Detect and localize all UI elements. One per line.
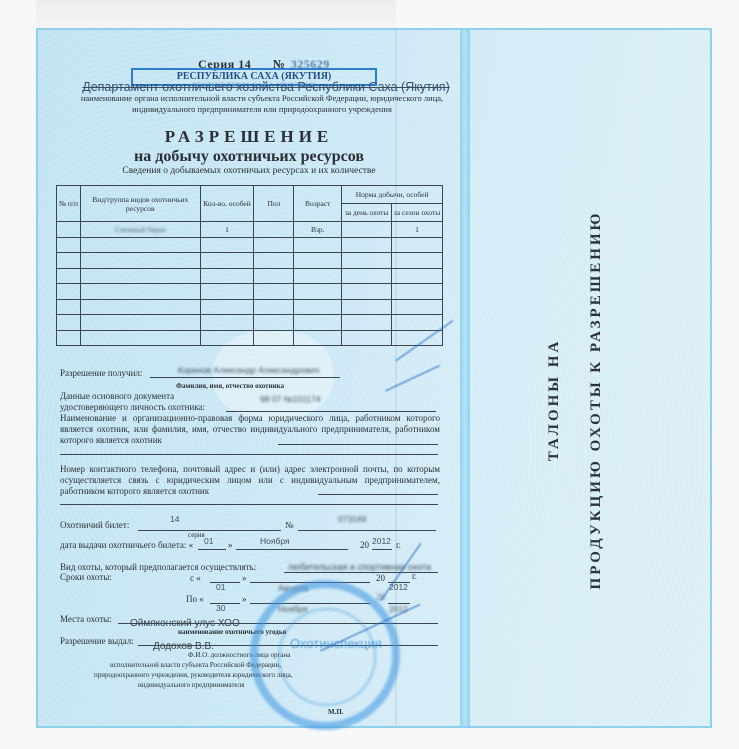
cell-count: 1 [200, 222, 254, 238]
header-sex: Пол [254, 186, 294, 222]
table-row [57, 315, 443, 331]
from-prefix: с « [190, 573, 201, 584]
document-subtitle: на добычу охотничьих ресурсов [38, 148, 460, 166]
cell-per-season [392, 315, 443, 331]
header-num: № п/п [57, 186, 81, 222]
cell-per-season [392, 253, 443, 269]
cell-sex [254, 330, 294, 346]
table-row [57, 299, 443, 315]
header-per-season: за сезон охоты [392, 204, 443, 222]
permit-page: Серия 14 № 325629 РЕСПУБЛИКА САХА (ЯКУТИ… [38, 30, 460, 726]
period-label: Сроки охоты: [60, 572, 112, 583]
cell-species [80, 315, 200, 331]
from-day: 01 [216, 582, 225, 592]
hunt-type-value: любительская и спортивная охота [288, 562, 431, 572]
header-count: Кол-во, особей [200, 186, 254, 222]
holder-name-caption: Фамилия, имя, отчество охотника [176, 382, 284, 390]
issue-month: Ноября [260, 536, 290, 546]
to-prefix: По « [186, 594, 204, 605]
employer-paragraph: Наименование и организационно-правовая ф… [60, 413, 440, 446]
quote: » [242, 573, 247, 584]
cell-per-season [392, 237, 443, 253]
cell-count [200, 299, 254, 315]
cell-per-day [342, 237, 392, 253]
cell-per-day [342, 222, 392, 238]
official-seal [250, 580, 400, 730]
header-species: Вид/группа видов охотничьих ресурсов [80, 186, 200, 222]
to-day: 30 [216, 603, 225, 613]
cell-num [57, 268, 81, 284]
cell-count [200, 237, 254, 253]
cell-count [200, 330, 254, 346]
cell-age [294, 299, 342, 315]
table-row [57, 237, 443, 253]
ticket-series: 14 [170, 514, 179, 524]
cell-sex [254, 299, 294, 315]
cell-species [80, 299, 200, 315]
cell-count [200, 284, 254, 300]
cell-per-day [342, 299, 392, 315]
year-prefix: 20 [360, 540, 369, 551]
cell-per-season: 1 [392, 222, 443, 238]
id-doc-label: удостоверяющего личность охотника: [60, 402, 205, 413]
header-norm: Норма добычи, особей [342, 186, 443, 204]
year-suffix: г. [412, 571, 417, 582]
cell-per-day [342, 253, 392, 269]
cell-num [57, 222, 81, 238]
coupons-title-line-2: ПРОДУКЦИЮ ОХОТЫ К РАЗРЕШЕНИЮ [582, 180, 610, 620]
issue-year: 2012 [372, 536, 391, 546]
security-strip [460, 30, 470, 726]
cell-num [57, 315, 81, 331]
issue-date-label: дата выдачи охотничьего билета: « [60, 540, 193, 551]
cell-num [57, 284, 81, 300]
cell-num [57, 237, 81, 253]
cell-age [294, 330, 342, 346]
ticket-series-caption: серия [188, 531, 205, 539]
cell-sex [254, 284, 294, 300]
cell-per-day [342, 268, 392, 284]
id-doc-value: 98 07 №101174 [260, 394, 320, 404]
cell-age: Взр. [294, 222, 342, 238]
cell-age [294, 237, 342, 253]
cell-per-day [342, 330, 392, 346]
cell-count [200, 268, 254, 284]
received-label: Разрешение получил: [60, 368, 142, 379]
year-suffix: г. [396, 540, 401, 551]
holder-name: Коренов Александр Александрович [178, 365, 319, 375]
cell-per-day [342, 315, 392, 331]
issuer-label: Разрешение выдал: [60, 636, 134, 647]
table-caption: Сведения о добываемых охотничьих ресурса… [38, 166, 460, 176]
cell-per-day [342, 284, 392, 300]
cell-age [294, 253, 342, 269]
cell-sex [254, 315, 294, 331]
table-row [57, 253, 443, 269]
coupons-title: ТАЛОНЫ НА ПРОДУКЦИЮ ОХОТЫ К РАЗРЕШЕНИЮ [540, 180, 610, 620]
ticket-number: 073169 [338, 514, 366, 524]
resources-table: № п/п Вид/группа видов охотничьих ресурс… [56, 185, 443, 346]
quote: » [242, 594, 247, 605]
cell-count [200, 253, 254, 269]
cell-species [80, 253, 200, 269]
quote: » [228, 540, 233, 551]
department-caption-line: наименование органа исполнительной власт… [62, 93, 462, 104]
table-row [57, 268, 443, 284]
cell-num [57, 253, 81, 269]
cell-age [294, 268, 342, 284]
document-title: РАЗРЕШЕНИЕ [38, 127, 460, 147]
table-row [57, 284, 443, 300]
issuer-caption: индивидуального предпринимателя [138, 681, 244, 689]
table-row [57, 330, 443, 346]
cell-sex [254, 268, 294, 284]
year-prefix: 20 [376, 573, 385, 584]
table-row: Снежный баран1Взр.1 [57, 222, 443, 238]
header-per-day: за день охоты [342, 204, 392, 222]
ticket-number-label: № [285, 520, 294, 531]
cell-age [294, 315, 342, 331]
cell-sex [254, 237, 294, 253]
cell-sex [254, 222, 294, 238]
id-doc-label: Данные основного документа [60, 391, 174, 402]
cell-species [80, 284, 200, 300]
cell-num [57, 299, 81, 315]
cell-per-season [392, 268, 443, 284]
ticket-label: Охотничий билет: [60, 520, 129, 531]
cell-sex [254, 253, 294, 269]
department-caption-line: индивидуального предпринимателя или прир… [62, 104, 462, 115]
cell-per-season [392, 284, 443, 300]
department-caption: наименование органа исполнительной власт… [62, 93, 462, 115]
issue-day: 01 [204, 536, 213, 546]
cell-species [80, 330, 200, 346]
cell-age [294, 284, 342, 300]
cell-per-season [392, 299, 443, 315]
issuing-department: Департамент охотничьего хозяйства Респуб… [66, 81, 466, 93]
place-label: Места охоты: [60, 614, 112, 625]
contact-paragraph: Номер контактного телефона, почтовый адр… [60, 464, 440, 497]
header-age: Возраст [294, 186, 342, 222]
cell-species: Снежный баран [80, 222, 200, 238]
cell-species [80, 237, 200, 253]
cell-count [200, 315, 254, 331]
cell-num [57, 330, 81, 346]
coupons-title-line-1: ТАЛОНЫ НА [540, 180, 568, 620]
cell-species [80, 268, 200, 284]
